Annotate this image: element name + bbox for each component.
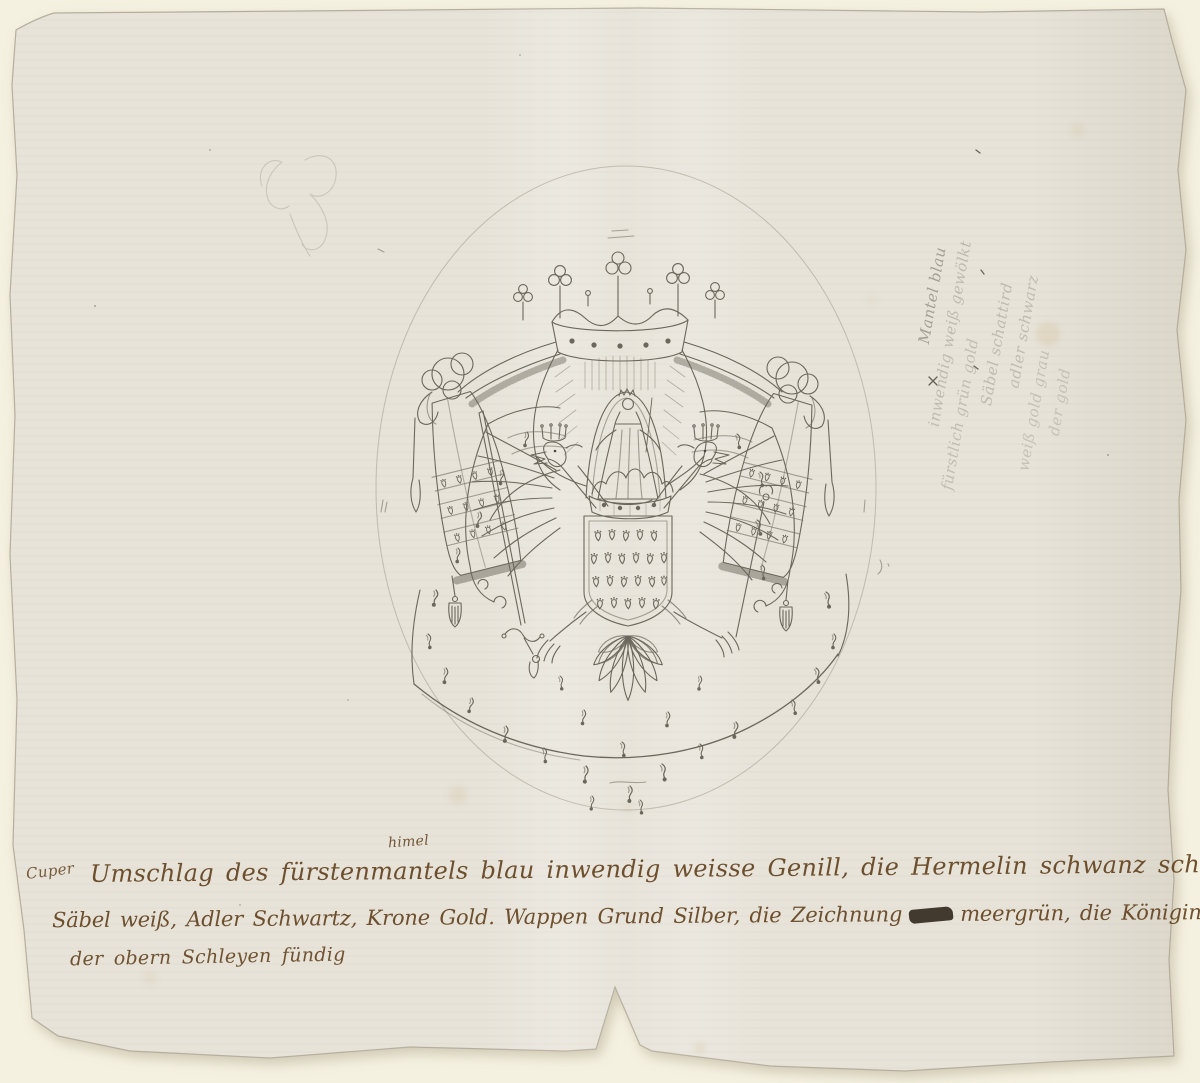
inscription-line-2-after: meergrün, die Königin ein idealisches Kl…	[960, 898, 1200, 926]
scanned-drawing-page: Cuper himel Umschlag des fürstenmantels …	[0, 0, 1200, 1083]
crossed-out-word	[909, 906, 954, 924]
inscription-insertion: himel	[387, 833, 429, 852]
